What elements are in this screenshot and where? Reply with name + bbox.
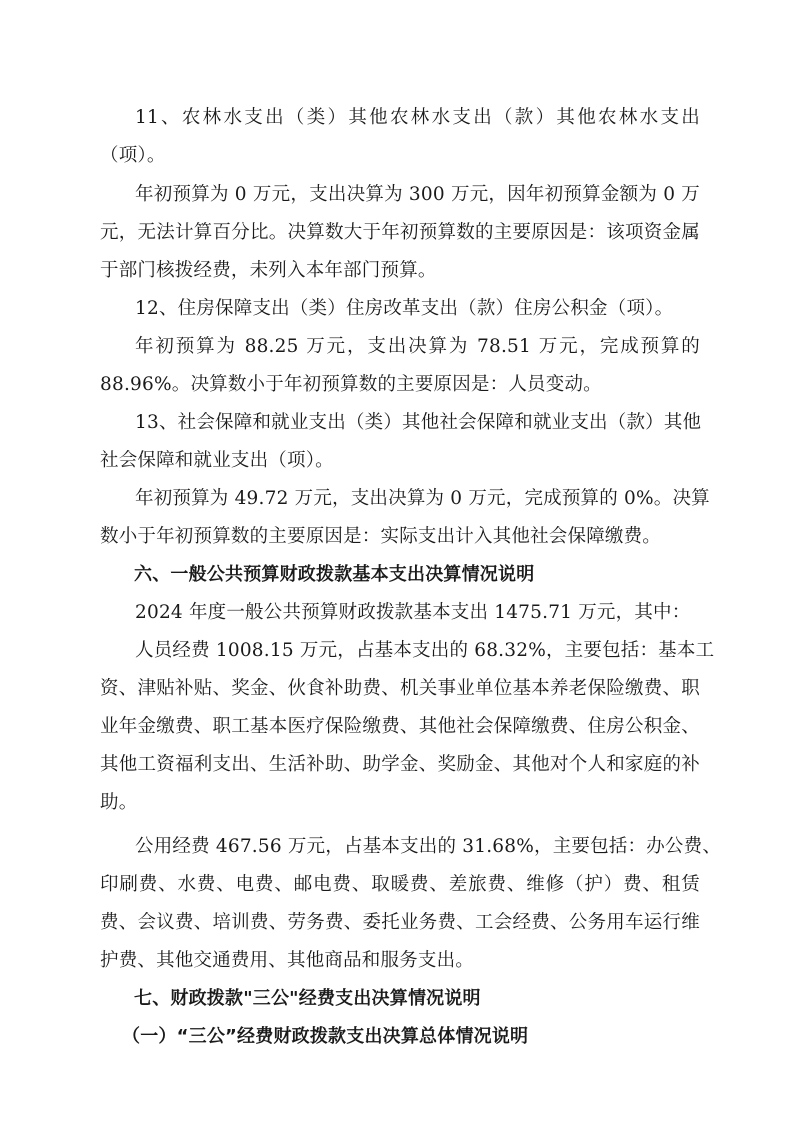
document-page: 11、农林水支出（类）其他农林水支出（款）其他农林水支出 （项）。 年初预算为 … xyxy=(0,0,793,1122)
item-13-body: 年初预算为 49.72 万元，支出决算为 0 万元，完成预算的 0%。决算 xyxy=(135,488,700,510)
item-12-body: 年初预算为 88.25 万元，支出决算为 78.51 万元，完成预算的 xyxy=(135,336,700,358)
personnel-expense-cont-3: 其他工资福利支出、生活补助、助学金、奖励金、其他对个人和家庭的补 xyxy=(100,754,700,776)
item-12-body-end: 88.96%。决算数小于年初预算数的主要原因是：人员变动。 xyxy=(100,374,700,396)
item-13-title: 13、社会保障和就业支出（类）其他社会保障和就业支出（款）其他 xyxy=(135,412,700,434)
section-7-subheading-1: （一）“三公”经费财政拨款支出决算总体情况说明 xyxy=(122,1026,722,1048)
item-11-title: 11、农林水支出（类）其他农林水支出（款）其他农林水支出 xyxy=(135,107,700,129)
item-11-body: 年初预算为 0 万元，支出决算为 300 万元，因年初预算金额为 0 万 xyxy=(135,184,700,206)
public-expense-cont-1: 印刷费、水费、电费、邮电费、取暖费、差旅费、维修（护）费、租赁 xyxy=(100,874,700,896)
item-11-body-end: 于部门核拨经费，未列入本年部门预算。 xyxy=(100,260,700,282)
personnel-expense-para: 人员经费 1008.15 万元，占基本支出的 68.32%，主要包括：基本工 xyxy=(135,640,700,662)
personnel-expense-end: 助。 xyxy=(100,792,700,814)
item-11-body-cont: 元，无法计算百分比。决算数大于年初预算数的主要原因是：该项资金属 xyxy=(100,222,700,244)
personnel-expense-cont-1: 资、津贴补贴、奖金、伙食补助费、机关事业单位基本养老保险缴费、职 xyxy=(100,678,700,700)
section-7-heading: 七、财政拨款"三公"经费支出决算情况说明 xyxy=(134,988,734,1010)
public-expense-para: 公用经费 467.56 万元，占基本支出的 31.68%，主要包括：办公费、 xyxy=(135,836,700,858)
item-12-title: 12、住房保障支出（类）住房改革支出（款）住房公积金（项）。 xyxy=(135,298,700,320)
public-expense-cont-2: 费、会议费、培训费、劳务费、委托业务费、工会经费、公务用车运行维 xyxy=(100,912,700,934)
personnel-expense-cont-2: 业年金缴费、职工基本医疗保险缴费、其他社会保障缴费、住房公积金、 xyxy=(100,716,700,738)
item-11-title-cont: （项）。 xyxy=(100,145,700,167)
public-expense-end: 护费、其他交通费用、其他商品和服务支出。 xyxy=(100,950,700,972)
item-13-title-cont: 社会保障和就业支出（项）。 xyxy=(100,450,700,472)
section-6-summary: 2024 年度一般公共预算财政拨款基本支出 1475.71 万元，其中： xyxy=(135,602,700,624)
item-13-body-end: 数小于年初预算数的主要原因是：实际支出计入其他社会保障缴费。 xyxy=(100,526,700,548)
section-6-heading: 六、一般公共预算财政拨款基本支出决算情况说明 xyxy=(134,564,734,586)
